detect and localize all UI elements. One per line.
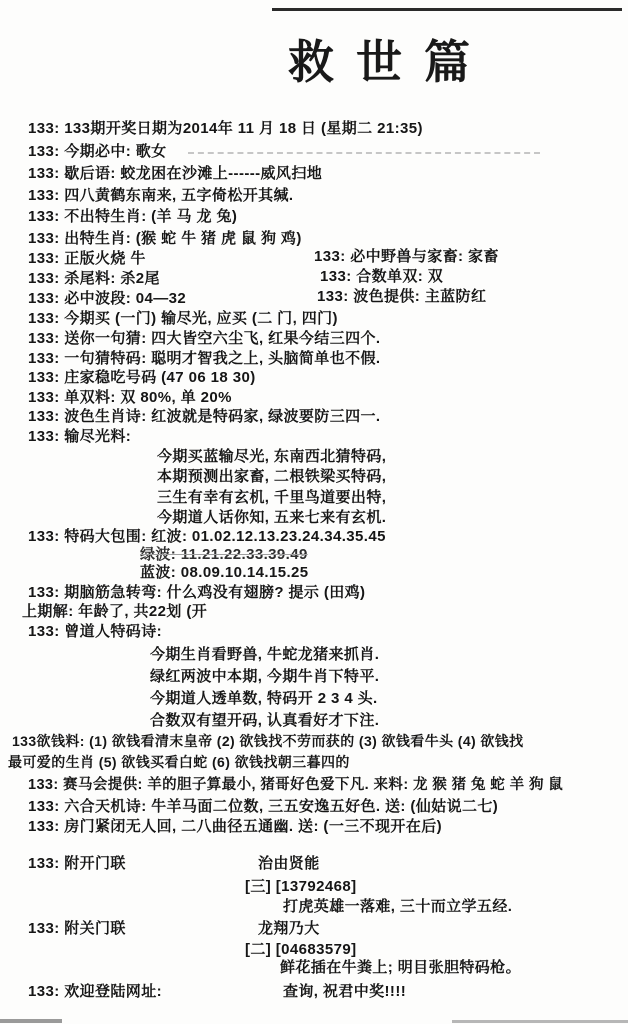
scan-smudge-dashes (188, 152, 540, 154)
text-line: 今期生肖看野兽, 牛蛇龙猪来抓肖. (150, 646, 379, 664)
text-line: 133: 赛马会提供: 羊的胆子算最小, 猪哥好色爱下凡. 来料: 龙 猴 猪 … (28, 777, 563, 794)
text-line: 133: 附关门联 (28, 920, 126, 938)
text-line: 本期预测出家畜, 二根铁梁买特码, (157, 468, 386, 486)
text-line: 治由贤能 (258, 855, 320, 873)
lottery-tip-sheet-page: 救世篇 133: 133期开奖日期为2014年 11 月 18 日 (星期二 2… (0, 0, 628, 1024)
text-line: [三] [13792468] (245, 878, 357, 896)
text-line: 133: 特码大包围: 红波: 01.02.12.13.23.24.34.35.… (28, 528, 386, 546)
text-line: 133: 四八黄鹤东南来, 五字倚松开其缄. (28, 187, 294, 205)
text-line: 今期买蓝输尽光, 东南西北猜特码, (157, 448, 386, 466)
text-line: 133: 波色提供: 主蓝防红 (317, 288, 486, 306)
text-line: 133: 曾道人特码诗: (28, 623, 162, 641)
scan-artifact-bottom-right (452, 1020, 628, 1023)
text-line: 133: 今期买 (一门) 输尽光, 应买 (二 门, 四门) (28, 310, 338, 328)
text-line: 133: 输尽光料: (28, 428, 131, 446)
text-line: 133: 六合天机诗: 牛羊马面二位数, 三五安逸五好色. 送: (仙姑说二七) (28, 798, 498, 816)
text-line: 133: 不出特生肖: (羊 马 龙 兔) (28, 208, 237, 226)
text-line: 133: 附开门联 (28, 855, 126, 873)
text-line: 133: 出特生肖: (猴 蛇 牛 猪 虎 鼠 狗 鸡) (28, 230, 302, 248)
text-line: [二] [04683579] (245, 941, 357, 959)
page-title: 救世篇 (288, 26, 492, 92)
text-line: 133: 期脑筋急转弯: 什么鸡没有翅膀? 提示 (田鸡) (28, 584, 365, 602)
text-line: 上期解: 年龄了, 共22划 (开 (22, 603, 207, 621)
text-line: 133: 一句猜特码: 聪明才智我之上, 头脑简单也不假. (28, 350, 380, 368)
text-line: 龙翔乃大 (258, 920, 320, 938)
text-line: 打虎英雄一落难, 三十而立学五经. (283, 898, 512, 916)
text-line: 今期道人话你知, 五来七来有玄机. (157, 509, 386, 527)
scan-artifact-bottom-left (0, 1019, 62, 1023)
text-line: 绿红两波中本期, 今期牛肖下特平. (150, 668, 379, 686)
header-rule (272, 8, 622, 11)
text-line: 133: 歇后语: 蛟龙困在沙滩上------威风扫地 (28, 165, 322, 183)
text-line: 133: 房门紧闭无人回, 二八曲径五通幽. 送: (一三不现开在后) (28, 818, 442, 836)
text-line: 133: 单双料: 双 80%, 单 20% (28, 389, 232, 407)
text-line: 133: 送你一句猜: 四大皆空六尘飞, 红果今结三四个. (28, 330, 380, 348)
text-line: 合数双有望开码, 认真看好才下注. (150, 712, 379, 730)
text-line: 133: 合数单双: 双 (320, 268, 443, 286)
text-line: 133: 欢迎登陆网址: (28, 983, 162, 1001)
text-line: 133: 今期必中: 歌女 (28, 143, 167, 161)
text-line: 133: 杀尾料: 杀2尾 (28, 270, 160, 288)
text-line: 133: 必中野兽与家畜: 家畜 (314, 248, 499, 266)
text-line: 查询, 祝君中奖!!!! (283, 983, 406, 1001)
text-line: 133: 133期开奖日期为2014年 11 月 18 日 (星期二 21:35… (28, 120, 423, 138)
text-line: 133: 庄家稳吃号码 (47 06 18 30) (28, 369, 256, 387)
text-line: 蓝波: 08.09.10.14.15.25 (140, 564, 309, 582)
text-line: 133: 波色生肖诗: 红波就是特码家, 绿波要防三四一. (28, 408, 380, 426)
text-line: 鲜花插在牛粪上; 明目张胆特码枪。 (280, 959, 521, 977)
text-line: 133: 必中波段: 04—32 (28, 290, 186, 308)
text-line: 今期道人透单数, 特码开 2 3 4 头. (150, 690, 378, 708)
text-line: 绿波: 11.21.22.33.39.49 (140, 546, 308, 564)
text-line: 最可爱的生肖 (5) 欲钱买看白蛇 (6) 欲钱找朝三暮四的 (8, 754, 350, 771)
text-line: 133: 正版火烧 牛 (28, 250, 146, 268)
text-line: 三生有幸有玄机, 千里鸟道要出特, (157, 489, 386, 507)
text-line: 133欲钱料: (1) 欲钱看清末皇帝 (2) 欲钱找不劳而获的 (3) 欲钱看… (12, 733, 524, 750)
